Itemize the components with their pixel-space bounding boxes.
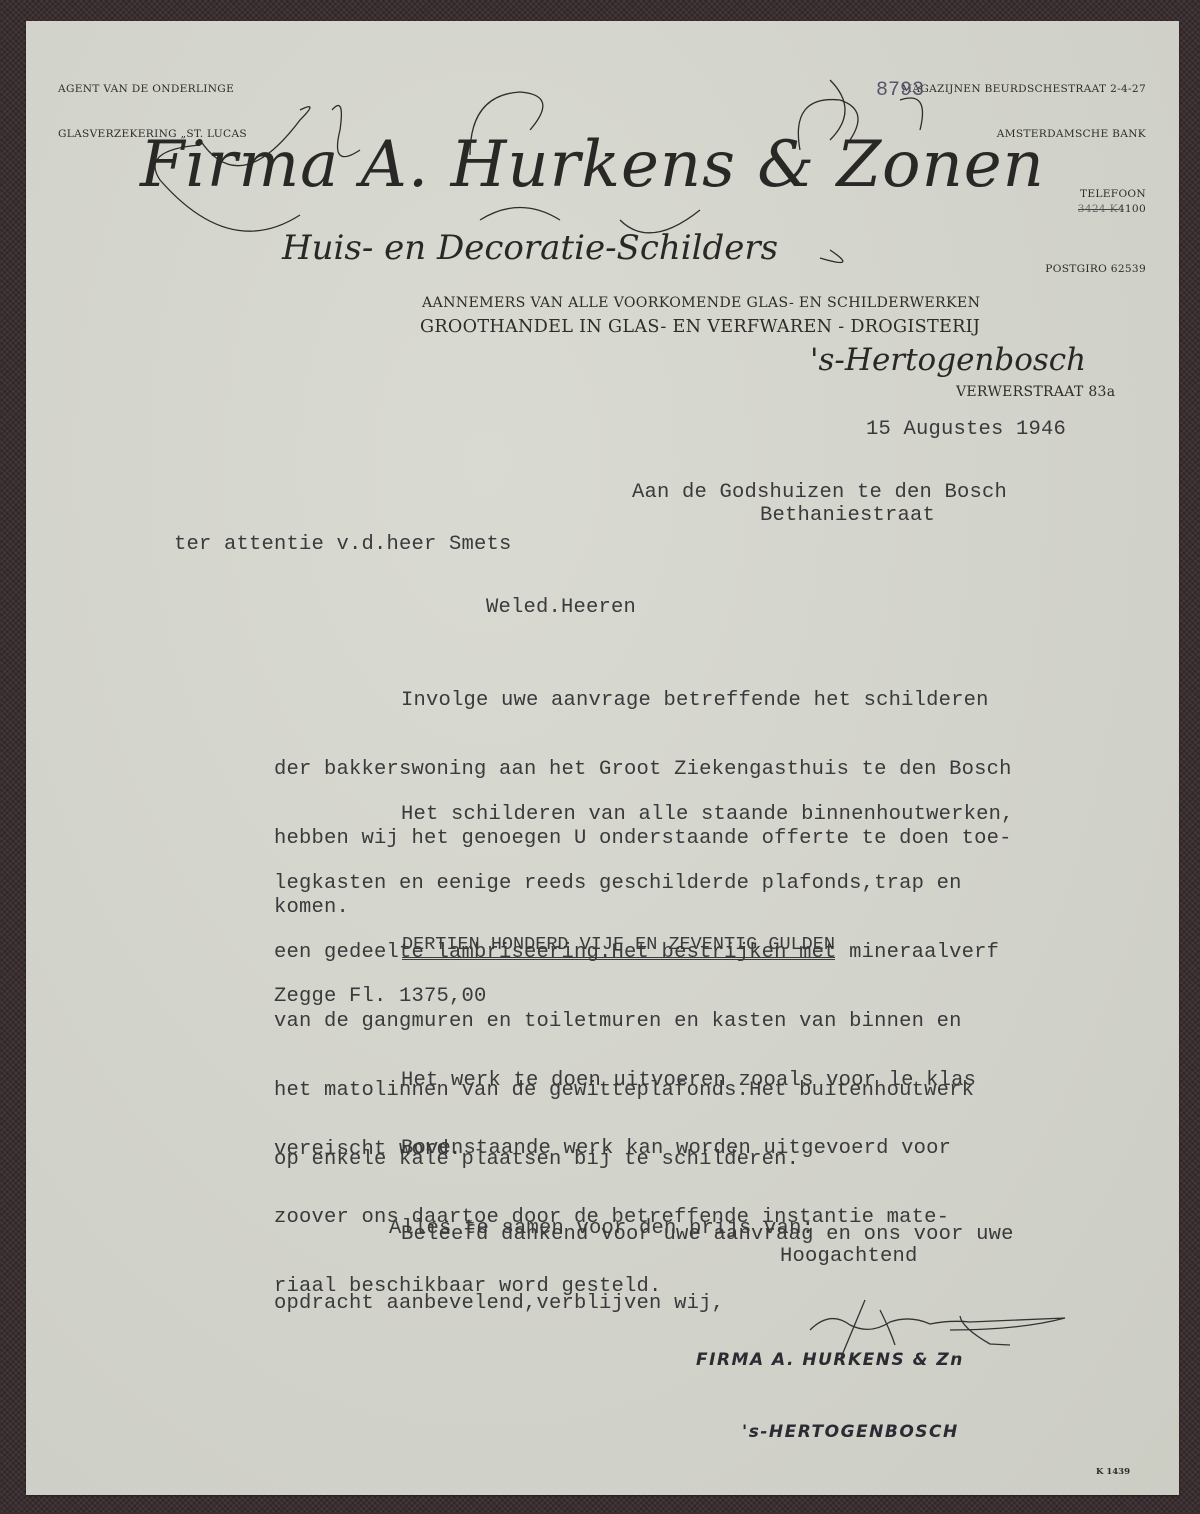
amount-in-figures: Zegge Fl. 1375,00 [274,985,487,1008]
signature [790,1290,1200,1370]
recipient-line-1: Aan de Godshuizen te den Bosch [632,481,1007,504]
attention-line: ter attentie v.d.heer Smets [174,533,512,556]
letter-date: 15 Augustes 1946 [866,418,1066,441]
company-name: Firma A. Hurkens & Zonen [140,128,1045,202]
street-address: VERWERSTRAAT 83a [956,384,1115,400]
amount-in-words: DERTIEN HONDERD VIJF EN ZEVENTIG GULDEN [402,934,835,960]
form-code: K 1439 [1096,1467,1130,1477]
stamp-line-2: 's-HERTOGENBOSCH [696,1420,964,1444]
city-name: 's-Hertogenbosch [810,342,1086,378]
recipient-line-2: Bethaniestraat [760,504,935,527]
company-subtitle: Huis- en Decoratie-Schilders [282,228,778,268]
salutation: Weled.Heeren [486,596,636,619]
services-line-2: GROOTHANDEL IN GLAS- EN VERFWAREN - DROG… [420,317,980,337]
services-line-1: AANNEMERS VAN ALLE VOORKOMENDE GLAS- EN … [422,295,980,311]
closing: Hoogachtend [780,1245,918,1268]
